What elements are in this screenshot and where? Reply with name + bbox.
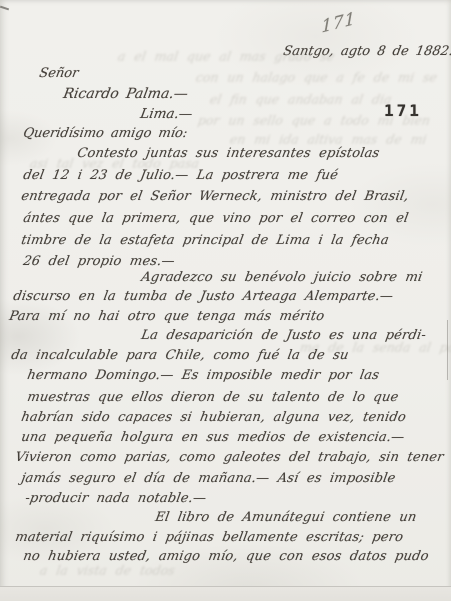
- bleed-through-text: en mi ida altiva mas de mi: [229, 132, 428, 147]
- letter-line: da incalculable para Chile, como fué la …: [10, 348, 350, 363]
- bleed-through-text: el fin que andaban al dia: [209, 92, 393, 107]
- letter-line: Para mí no hai otro que tenga más mérito: [8, 309, 326, 324]
- letter-line: La desaparición de Justo es una pérdi-: [140, 328, 427, 343]
- letter-line: El libro de Amunátegui contiene un: [154, 510, 418, 525]
- letter-line: timbre de la estafeta principal de Lima …: [20, 233, 390, 248]
- letter-line: 26 del propio mes.—: [22, 254, 176, 269]
- handwritten-folio-number: 171: [322, 8, 356, 37]
- letter-line: Agradezco su benévolo juicio sobre mi: [140, 270, 424, 285]
- letter-line: jamás seguro el día de mañana.— Así es i…: [20, 471, 397, 486]
- letter-line: no hubiera usted, amigo mío, que con eso…: [22, 549, 430, 564]
- page-bottom-edge: [0, 586, 451, 601]
- letter-line: una pequeña holgura en sus medios de exi…: [20, 430, 406, 445]
- bleed-through-text: con un halago que a fe de mi se: [195, 70, 439, 85]
- letter-line: discurso en la tumba de Justo Arteaga Al…: [12, 289, 394, 304]
- date-line: Santgo, agto 8 de 1882.—: [282, 44, 451, 59]
- letter-line: Vivieron como parias, como galeotes del …: [14, 450, 445, 465]
- letter-line: hermano Domingo.— Es imposible medir por…: [26, 368, 380, 383]
- recipient-city: Lima.—: [139, 106, 194, 122]
- letter-line: ántes que la primera, que vino por el co…: [22, 211, 410, 226]
- letter-line: Contesto juntas sus interesantes epístol…: [76, 146, 381, 161]
- letter-line: material riquísimo i pájinas bellamente …: [14, 530, 404, 545]
- left-edge-mark: [0, 6, 9, 11]
- bleed-through-text: a la vista de todos: [39, 563, 176, 578]
- letter-line: entregada por el Señor Werneck, ministro…: [20, 189, 410, 204]
- recipient-name: Ricardo Palma.—: [62, 86, 189, 102]
- letter-line: del 12 i 23 de Julio.— La postrera me fu…: [22, 168, 339, 183]
- page-right-edge: [447, 320, 448, 380]
- letter-line: habrían sido capaces si hubieran, alguna…: [20, 410, 407, 425]
- letter-line: -producir nada notable.—: [24, 491, 207, 506]
- greeting-line: Queridísimo amigo mío:: [22, 126, 189, 141]
- letter-page: 171 Santgo, agto 8 de 1882.— Señor Ricar…: [0, 0, 451, 601]
- recipient-salutation: Señor: [38, 66, 80, 81]
- letter-line: muestras que ellos dieron de su talento …: [26, 390, 400, 405]
- folio-stamp-number: 171: [384, 101, 422, 120]
